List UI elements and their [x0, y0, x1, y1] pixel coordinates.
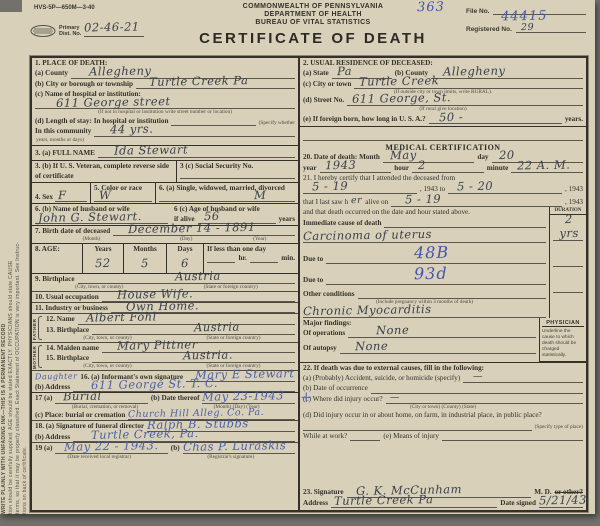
mother-side-label: MOTHER — [32, 343, 37, 370]
form-number: HVS-5P—650M—3-40 — [34, 5, 95, 11]
occupation-label: 10. Usual occupation — [35, 293, 99, 302]
external-causes-title: 22. If death was due to external causes,… — [303, 364, 484, 373]
age-months-value: 5 — [141, 256, 149, 270]
commonwealth-line: COMMONWEALTH OF PENNSYLVANIA — [178, 3, 448, 11]
death-year-value: 1943 — [325, 158, 357, 173]
physician-signature-block: 23. SignatureG. K. McCunhamM. D.or other… — [300, 441, 586, 510]
veteran-label: 3. (b) If U. S. Veteran, complete revers… — [35, 162, 173, 181]
margin-text: WRITE PLAINLY WITH UNFADING INK—THIS IS … — [1, 10, 7, 514]
bureau-line: BUREAU OF VITAL STATISTICS — [178, 19, 448, 27]
birth-date-row: 7. Birth date of deceasedDecember 14 - 1… — [32, 226, 298, 244]
age-days-label: Days — [170, 245, 200, 254]
county-value: Allegheny — [89, 63, 152, 79]
burial-label: 17 (a) — [35, 394, 52, 403]
street-no-value: 611 George, St. — [352, 90, 451, 107]
injury-where-value: — — [390, 392, 400, 405]
section-usual-residence: 2. USUAL RESIDENCE OF DECEASED: (a) Stat… — [300, 58, 586, 127]
sex-value: F — [57, 188, 66, 202]
medical-certification-title: MEDICAL CERTIFICATION — [300, 141, 586, 152]
birthplace-value: Austria — [175, 269, 221, 285]
section-place-of-death: 1. PLACE OF DEATH: (a) CountyAllegheny (… — [32, 58, 298, 146]
state-value: Pa — [336, 64, 351, 79]
city-borough-value: Turtle Creek Pa — [149, 73, 249, 90]
year-label: year — [303, 164, 317, 173]
min-label: min. — [281, 254, 295, 263]
means-of-injury-label: (e) Means of injury — [383, 432, 439, 441]
attended-certify-row: 21. I hereby certify that I attended the… — [300, 173, 586, 207]
district-number-value: 02-46-21 — [84, 20, 140, 35]
injury-where-label: (c) Where did injury occur? — [303, 395, 383, 404]
month-note: (Month) — [35, 236, 148, 242]
state-label: (a) State — [303, 69, 329, 78]
years-suffix: years — [279, 215, 295, 224]
specify-whether-note: (Specify whether — [259, 120, 295, 126]
father-birthplace-label: 13. Birthplace — [46, 326, 89, 335]
immediate-cause-label: Immediate cause of death — [303, 219, 381, 228]
registrar-signature: Chas P. Luraskis — [182, 438, 285, 455]
relation-note: Daughter — [35, 371, 78, 382]
major-findings-label: Major findings: — [303, 319, 351, 328]
mother-birthplace-label: 15. Birthplace — [46, 354, 89, 363]
father-birthplace-value: Austria — [193, 320, 239, 336]
date-of-death-row: 20. Date of death: MonthMayday20 year194… — [300, 152, 586, 173]
marital-value: M — [254, 188, 267, 202]
mother-note1: (City, town, or county) — [46, 363, 169, 369]
father-brace — [38, 316, 42, 339]
certificate-title: CERTIFICATE OF DEATH — [178, 30, 448, 47]
father-name-value: Albert Fohl — [86, 309, 157, 325]
margin-text: terms, so that it may be properly classi… — [15, 10, 21, 514]
received-date-note: (Date received local registrar) — [35, 454, 164, 460]
informant-address-value: 611 George St. T. C. — [91, 376, 218, 393]
ssn-label: 3 (c) Social Security No. — [180, 162, 295, 171]
foreign-born-suffix: years. — [565, 115, 583, 124]
registrar-row: 19 (a)May 22 - 1943.(b)Chas P. Luraskis … — [32, 443, 298, 510]
age-days-value: 6 — [181, 256, 189, 270]
due-to-2-value: 93d — [414, 264, 448, 285]
of-operations-label: Of operations — [303, 329, 345, 338]
attended-to-value: 5 - 20 — [457, 179, 493, 195]
name-overflow-line — [300, 127, 586, 141]
date-signed-value: 5/21/43 — [539, 493, 587, 509]
specify-place-note: (Specify type of place) — [535, 424, 583, 430]
street-no-label: (d) Street No. — [303, 96, 344, 105]
right-column: 2. USUAL RESIDENCE OF DECEASED: (a) Stat… — [300, 58, 586, 510]
death-certificate: WRITE PLAINLY WITH UNFADING INK—THIS IS … — [0, 0, 595, 514]
birth-date-value: December 14 - 1891 — [128, 220, 256, 237]
community-label: In this community — [35, 127, 91, 136]
cause-of-death-block: and that death occurred on the date and … — [300, 207, 586, 317]
occurrence-date-label: (b) Date of occurrence — [303, 384, 368, 393]
race-value: W — [99, 188, 112, 202]
left-column: 1. PLACE OF DEATH: (a) CountyAllegheny (… — [32, 58, 300, 510]
received-date-label: 19 (a) — [35, 444, 52, 453]
death-day-value: 20 — [499, 148, 515, 163]
other-conditions-value: Chronic Myocarditis — [303, 302, 432, 319]
burial-value: Burial — [63, 388, 102, 404]
birth-date-label: 7. Birth date of deceased — [35, 227, 110, 236]
last-seen-value: 5 - 19 — [405, 192, 441, 208]
hour-label: hour — [394, 164, 409, 173]
certificate-header: HVS-5P—650M—3-40 Primary Dist. No. 02-46… — [28, 0, 590, 56]
less-than-day-label: If less than one day — [207, 245, 295, 254]
other-conditions-label: Other conditions — [303, 290, 355, 299]
hospital-value: 611 George street — [56, 94, 171, 111]
certify-text-3: , 1943 — [565, 185, 583, 194]
certificate-body: 1. PLACE OF DEATH: (a) CountyAllegheny (… — [30, 56, 588, 512]
sex-race-marital-row: 4. SexF 5. Color or raceW 6. (a) Single,… — [32, 183, 298, 204]
physician-address-label: Address — [303, 499, 328, 508]
age-label: 8. AGE: — [35, 245, 79, 254]
accident-value: — — [473, 371, 483, 384]
due-to-1-label: Due to — [303, 255, 323, 264]
registered-no-label: Registered No. — [466, 26, 512, 33]
due-to-1-value: 48B — [414, 243, 449, 264]
spouse-name-value: John G. Stewart. — [38, 209, 142, 225]
hr-label: hr. — [238, 254, 246, 263]
cause-duration-value: 2 yrs — [555, 212, 583, 240]
sex-label: 4. Sex — [35, 193, 53, 202]
county-label: (a) County — [35, 69, 68, 78]
ink-cross-mark: + — [300, 388, 313, 406]
death-minute-value: 22 A. M. — [517, 158, 571, 174]
dist-no-label: Dist. No. — [59, 31, 81, 37]
immediate-cause-value: Carcinoma of uterus — [303, 227, 432, 244]
of-autopsy-value: None — [355, 339, 388, 355]
of-autopsy-label: Of autopsy — [303, 344, 337, 353]
community-value: 44 yrs. — [110, 121, 154, 137]
burial-date-value: May 23-1943 — [202, 388, 284, 404]
margin-text: tion should be carefully supplied. AGE s… — [8, 10, 14, 514]
date-thereof-label: (b) Date thereof — [151, 394, 200, 403]
physician-note-text: Underline the cause to which death shoul… — [542, 329, 584, 359]
physician-label: PHYSICIAN — [542, 320, 584, 327]
mother-birthplace-value: Austria. — [183, 348, 233, 364]
file-no-value: 44415 — [501, 9, 547, 16]
external-causes-block: 22. If death was due to external causes,… — [300, 363, 586, 442]
major-findings-block: Major findings: Of operationsNone Of aut… — [300, 318, 586, 363]
mother-brace — [38, 345, 42, 368]
attended-from-value: 5 - 19 — [312, 179, 348, 195]
registered-no-value: 29 — [521, 22, 534, 33]
father-name-label: 12. Name — [46, 315, 75, 324]
marital-label: 6. (a) Single, widowed, married, divorce… — [159, 184, 295, 193]
death-hour-value: 2 — [418, 158, 426, 173]
handwritten-number: 363 — [417, 0, 445, 15]
her-value: er — [351, 195, 362, 208]
city-borough-label: (b) City or borough or township — [35, 80, 133, 89]
full-name-value: Ida Stewart — [114, 143, 188, 159]
minute-label: minute — [487, 164, 509, 173]
year-note: (Year) — [224, 236, 295, 242]
certify-text-6: , 1943 — [565, 198, 583, 207]
usual-residence-title: 2. USUAL RESIDENCE OF DECEASED: — [303, 59, 433, 68]
certify-text-4: that I last saw h — [303, 198, 348, 207]
full-name-row: 3. (a) FULL NAME Ida Stewart — [32, 146, 298, 161]
age-months-label: Months — [127, 245, 163, 254]
city-town-label: (c) City or town — [303, 80, 351, 89]
date-signed-label: Date signed — [500, 499, 536, 508]
burial-place-label: (c) Place: burial or cremation — [35, 411, 125, 420]
seal-icon — [30, 25, 56, 37]
residence-county-value: Allegheny — [443, 63, 506, 79]
certify-text-5: alive on — [365, 198, 388, 207]
injury-home-label: (d) Did injury occur in or about home, o… — [303, 411, 542, 420]
physician-address-value: Turtle Creek Pa — [334, 492, 434, 509]
birthplace-label: 9. Birthplace — [35, 275, 75, 284]
while-at-work-label: While at work? — [303, 432, 347, 441]
day-label: day — [477, 153, 488, 162]
age-row: 8. AGE: Years52 Months5 Days6 If less th… — [32, 244, 298, 274]
foreign-born-value: 50 - — [439, 109, 463, 124]
age-years-value: 52 — [95, 256, 111, 270]
accident-label: (a) (Probably) Accident, suicide, or hom… — [303, 374, 460, 383]
certify-text-7: and that death occurred on the date and … — [303, 208, 470, 217]
margin-binding-note: WRITE PLAINLY WITH UNFADING INK—THIS IS … — [1, 10, 28, 514]
death-month-value: May — [390, 148, 417, 163]
father-side-label: FATHER — [32, 314, 37, 341]
day-note: (Day) — [151, 236, 222, 242]
city-town-value: Turtle Creek — [359, 73, 439, 89]
full-name-label: 3. (a) FULL NAME — [35, 149, 95, 158]
department-line: DEPARTMENT OF HEALTH — [178, 11, 448, 19]
age-years-label: Years — [86, 245, 120, 254]
physician-side-note: PHYSICIAN Underline the cause to which d… — [539, 318, 586, 362]
file-no-label: File No. — [466, 8, 489, 15]
of-operations-value: None — [376, 323, 409, 339]
due-to-2-label: Due to — [303, 276, 323, 285]
veteran-ssn-row: 3. (b) If U. S. Veteran, complete revers… — [32, 161, 298, 183]
industry-row: 11. Industry or businessOwn Home. — [32, 303, 298, 314]
mother-maiden-label: 14. Maiden name — [46, 344, 99, 353]
received-date-value: May 22 - 1943. — [64, 438, 159, 455]
registrar-sig-label: (b) — [171, 444, 180, 453]
spouse-age-label: 6 (c) Age of husband or wife — [174, 205, 295, 214]
duration-column: DURATION 2 yrs — [549, 207, 586, 317]
foreign-born-label: (e) If foreign born, how long in U. S. A… — [303, 115, 426, 124]
